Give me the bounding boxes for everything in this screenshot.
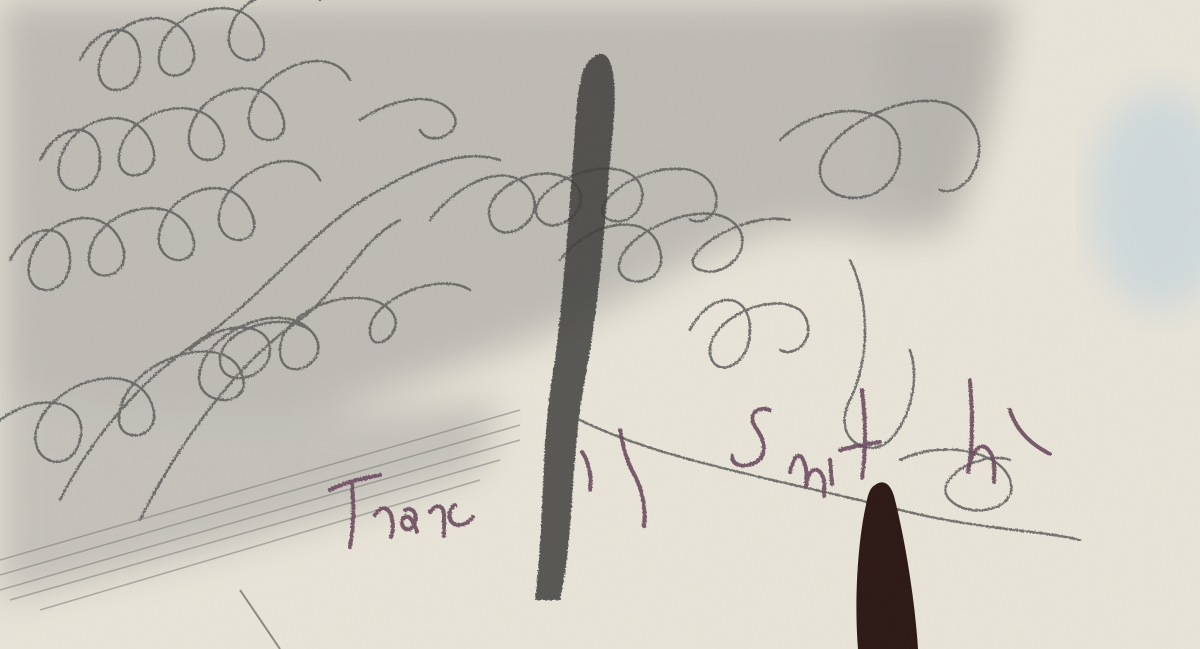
pencil-drawing	[0, 0, 1200, 649]
sketch-photo: Francis Smith	[0, 0, 1200, 649]
paper-grain	[0, 0, 1200, 649]
